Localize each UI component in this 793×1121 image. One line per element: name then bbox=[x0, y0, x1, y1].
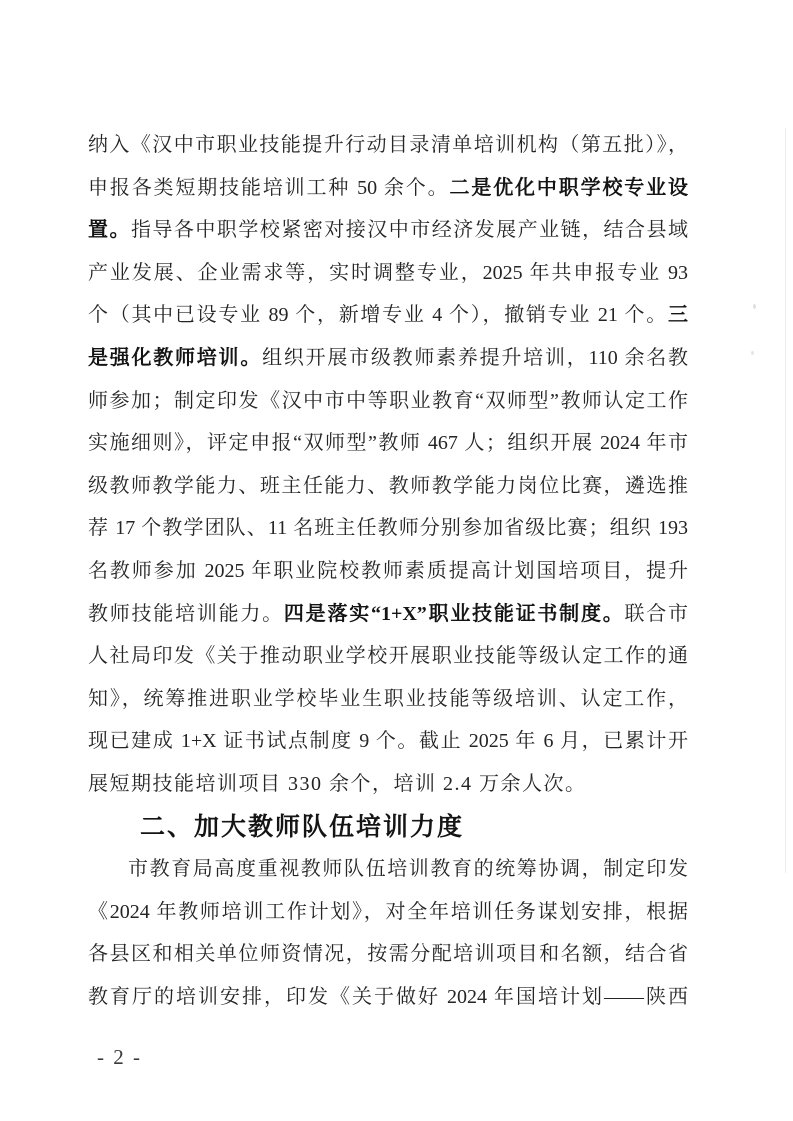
body-text: 市教育局高度重视教师队伍培训教育的统筹协调，制定印发 bbox=[128, 858, 688, 880]
body-text: 纳入《汉中市职业技能提升行动目录清单培训机构（第五批）》， bbox=[88, 134, 688, 156]
text-line: 各县区和相关单位师资情况，按需分配培训项目和名额，结合省 bbox=[88, 933, 688, 976]
emphasis-text: 是强化教师培训。 bbox=[88, 347, 262, 369]
body-text: 《2024 年教师培训工作计划》，对全年培训任务谋划安排，根据 bbox=[88, 901, 688, 923]
page-number: - 2 - bbox=[97, 1042, 142, 1072]
body-text: 实施细则》，评定申报“双师型”教师 467 人；组织开展 2024 年市 bbox=[88, 432, 688, 454]
text-line: 实施细则》，评定申报“双师型”教师 467 人；组织开展 2024 年市 bbox=[88, 422, 688, 465]
text-line: 纳入《汉中市职业技能提升行动目录清单培训机构（第五批）》， bbox=[88, 124, 688, 167]
text-line: 名教师参加 2025 年职业院校教师素质提高计划国培项目，提升 bbox=[88, 550, 688, 593]
body-text: 荐 17 个教学团队、11 名班主任教师分别参加省级比赛；组织 193 bbox=[88, 517, 688, 539]
emphasis-text: 二是优化中职学校专业设 bbox=[449, 177, 688, 199]
text-line: 现已建成 1+X 证书试点制度 9 个。截止 2025 年 6 月，已累计开 bbox=[88, 720, 688, 763]
text-line: 是强化教师培训。组织开展市级教师素养提升培训，110 余名教 bbox=[88, 337, 688, 380]
scan-artifact-speck bbox=[751, 351, 754, 355]
body-text: 联合市 bbox=[624, 603, 688, 625]
text-line: 市教育局高度重视教师队伍培训教育的统筹协调，制定印发 bbox=[88, 848, 688, 891]
body-text: 名教师参加 2025 年职业院校教师素质提高计划国培项目，提升 bbox=[88, 560, 688, 582]
text-line: 申报各类短期技能培训工种 50 余个。二是优化中职学校专业设 bbox=[88, 167, 688, 210]
text-line: 师参加；制定印发《汉中市中等职业教育“双师型”教师认定工作 bbox=[88, 380, 688, 423]
text-line: 知》，统筹推进职业学校毕业生职业技能等级培训、认定工作， bbox=[88, 678, 688, 721]
text-line: 产业发展、企业需求等，实时调整专业，2025 年共申报专业 93 bbox=[88, 252, 688, 295]
body-text: 个（其中已设专业 89 个，新增专业 4 个），撤销专业 21 个。 bbox=[88, 304, 668, 326]
emphasis-text: 三 bbox=[668, 304, 688, 326]
text-line: 《2024 年教师培训工作计划》，对全年培训任务谋划安排，根据 bbox=[88, 891, 688, 934]
body-text: 组织开展市级教师素养提升培训，110 余名教 bbox=[262, 347, 688, 369]
body-text: 人社局印发《关于推动职业学校开展职业技能等级认定工作的通 bbox=[88, 645, 688, 667]
emphasis-text: 四是落实“1+X”职业技能证书制度。 bbox=[284, 603, 625, 625]
text-line: 置。指导各中职学校紧密对接汉中市经济发展产业链，结合县域 bbox=[88, 209, 688, 252]
text-line: 教师技能培训能力。四是落实“1+X”职业技能证书制度。联合市 bbox=[88, 593, 688, 636]
text-line: 荐 17 个教学团队、11 名班主任教师分别参加省级比赛；组织 193 bbox=[88, 507, 688, 550]
body-text: 教师技能培训能力。 bbox=[88, 603, 284, 625]
document-body: 纳入《汉中市职业技能提升行动目录清单培训机构（第五批）》，申报各类短期技能培训工… bbox=[88, 124, 688, 1018]
body-text: 指导各中职学校紧密对接汉中市经济发展产业链，结合县域 bbox=[131, 219, 688, 241]
body-text: 各县区和相关单位师资情况，按需分配培训项目和名额，结合省 bbox=[88, 943, 688, 965]
document-page: 纳入《汉中市职业技能提升行动目录清单培训机构（第五批）》，申报各类短期技能培训工… bbox=[0, 0, 793, 1121]
text-line: 个（其中已设专业 89 个，新增专业 4 个），撤销专业 21 个。三 bbox=[88, 294, 688, 337]
scan-artifact-edge-line bbox=[785, 128, 786, 873]
text-line: 级教师教学能力、班主任能力、教师教学能力岗位比赛，遴选推 bbox=[88, 465, 688, 508]
body-text: 师参加；制定印发《汉中市中等职业教育“双师型”教师认定工作 bbox=[88, 390, 688, 412]
body-text: 展短期技能培训项目 330 余个，培训 2.4 万余人次。 bbox=[88, 773, 587, 795]
body-text: 教育厅的培训安排，印发《关于做好 2024 年国培计划——陕西 bbox=[88, 986, 688, 1008]
body-text: 现已建成 1+X 证书试点制度 9 个。截止 2025 年 6 月，已累计开 bbox=[88, 730, 688, 752]
emphasis-text: 二、加大教师队伍培训力度 bbox=[140, 813, 464, 841]
emphasis-text: 置。 bbox=[88, 219, 131, 241]
body-text: 级教师教学能力、班主任能力、教师教学能力岗位比赛，遴选推 bbox=[88, 475, 688, 497]
section-heading: 二、加大教师队伍培训力度 bbox=[88, 806, 688, 849]
text-line: 教育厅的培训安排，印发《关于做好 2024 年国培计划——陕西 bbox=[88, 976, 688, 1019]
body-text: 申报各类短期技能培训工种 50 余个。 bbox=[88, 177, 449, 199]
text-line: 展短期技能培训项目 330 余个，培训 2.4 万余人次。 bbox=[88, 763, 688, 806]
body-text: 知》，统筹推进职业学校毕业生职业技能等级培训、认定工作， bbox=[88, 688, 688, 710]
body-text: 产业发展、企业需求等，实时调整专业，2025 年共申报专业 93 bbox=[88, 262, 688, 284]
text-line: 人社局印发《关于推动职业学校开展职业技能等级认定工作的通 bbox=[88, 635, 688, 678]
scan-artifact-speck bbox=[753, 304, 756, 309]
